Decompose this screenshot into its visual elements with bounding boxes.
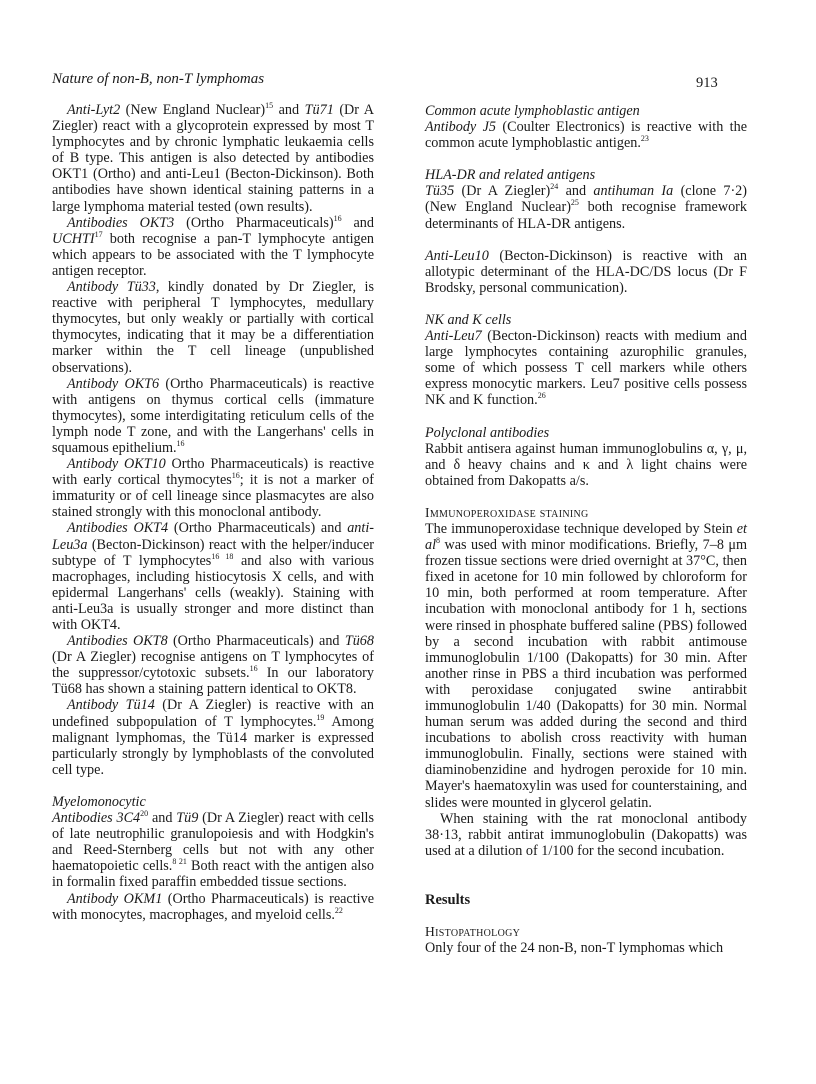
text: (Dr A Ziegler) <box>454 183 550 199</box>
text: (Dr A Ziegler) react with a glycoprotein… <box>52 102 374 215</box>
reference: 22 <box>335 906 343 915</box>
section-heading-polyclonal: Polyclonal antibodies <box>425 425 747 441</box>
text: and <box>148 810 176 826</box>
antibody-name: Antibodies OKT8 <box>67 633 168 649</box>
antibody-name: Antibodies 3C4 <box>52 810 140 826</box>
spacer <box>425 151 747 167</box>
antibody-name: Antibodies OKT4 <box>67 520 168 536</box>
reference: 26 <box>538 391 546 400</box>
running-head: Nature of non-B, non-T lymphomas <box>52 71 264 88</box>
paragraph-leu10: Anti-Leu10 (Becton-Dickinson) is reactiv… <box>425 248 747 296</box>
antibody-name: Tü68 <box>345 633 374 649</box>
antibody-name: Anti-Lyt2 <box>67 102 120 118</box>
paragraph-tu14: Antibody Tü14 (Dr A Ziegler) is reactive… <box>52 697 374 777</box>
section-heading-histopathology: Histopathology <box>425 924 747 940</box>
antibody-name: Antibody OKM1 <box>67 891 162 907</box>
paragraph-tu33: Antibody Tü33, kindly donated by Dr Zieg… <box>52 279 374 376</box>
paragraph-3c4: Antibodies 3C420 and Tü9 (Dr A Ziegler) … <box>52 810 374 890</box>
text: (Ortho Pharmaceuticals) and <box>168 520 347 536</box>
text: and <box>273 102 305 118</box>
antibody-name: Tü71 <box>305 102 334 118</box>
section-heading-immunoperoxidase: Immunoperoxidase staining <box>425 505 747 521</box>
paragraph-leu7: Anti-Leu7 (Becton-Dickinson) reacts with… <box>425 328 747 408</box>
reference: 16 <box>177 439 185 448</box>
right-column: Common acute lymphoblastic antigen Antib… <box>425 103 747 956</box>
paragraph-okt8: Antibodies OKT8 (Ortho Pharmaceuticals) … <box>52 633 374 697</box>
paragraph-okm1: Antibody OKM1 (Ortho Pharmaceuticals) is… <box>52 891 374 923</box>
antibody-name: UCHTI <box>52 231 95 247</box>
paragraph-immunoperoxidase: The immunoperoxidase technique developed… <box>425 521 747 811</box>
text: (Ortho Pharmaceuticals) <box>174 215 333 231</box>
antibody-name: Anti-Leu7 <box>425 328 482 344</box>
spacer <box>425 409 747 425</box>
reference: 16 18 <box>211 552 233 561</box>
paragraph-okt3: Antibodies OKT3 (Ortho Pharmaceuticals)1… <box>52 215 374 279</box>
reference: 20 <box>140 809 148 818</box>
paragraph-j5: Antibody J5 (Coulter Electronics) is rea… <box>425 119 747 151</box>
antibody-name: Antibody OKT10 <box>67 456 166 472</box>
spacer <box>425 232 747 248</box>
antibody-name: Antibody J5 <box>425 119 496 135</box>
section-heading-hla-dr: HLA-DR and related antigens <box>425 167 747 183</box>
left-column: Anti-Lyt2 (New England Nuclear)15 and Tü… <box>52 102 374 923</box>
paragraph-okt4: Antibodies OKT4 (Ortho Pharmaceuticals) … <box>52 520 374 633</box>
text: and <box>342 215 374 231</box>
reference: 25 <box>571 198 579 207</box>
antibody-name: antihuman Ia <box>593 183 673 199</box>
reference: 8 21 <box>172 857 187 866</box>
spacer <box>425 296 747 312</box>
section-heading-nk-k-cells: NK and K cells <box>425 312 747 328</box>
section-heading-myelomonocytic: Myelomonocytic <box>52 794 374 810</box>
text: was used with minor modifications. Brief… <box>425 537 747 811</box>
antibody-name: Tü35 <box>425 183 454 199</box>
reference: 23 <box>641 134 649 143</box>
reference: 16 <box>232 471 240 480</box>
page-number: 913 <box>696 75 718 92</box>
text: (Ortho Pharmaceuticals) and <box>168 633 345 649</box>
paragraph-okt10: Antibody OKT10 Ortho Pharmaceuticals) is… <box>52 456 374 520</box>
paragraph-okt6: Antibody OKT6 (Ortho Pharmaceuticals) is… <box>52 376 374 456</box>
spacer <box>425 489 747 505</box>
spacer <box>52 778 374 794</box>
paragraph-polyclonal: Rabbit antisera against human immunoglob… <box>425 441 747 489</box>
paragraph-rat-antibody: When staining with the rat monoclonal an… <box>425 811 747 859</box>
text: and <box>558 183 593 199</box>
antibody-name: Antibody OKT6 <box>67 376 159 392</box>
reference: 16 <box>334 214 342 223</box>
spacer <box>425 908 747 924</box>
antibody-name: Antibody Tü14 <box>67 697 155 713</box>
antibody-name: Antibodies OKT3 <box>67 215 174 231</box>
paragraph-anti-lyt2: Anti-Lyt2 (New England Nuclear)15 and Tü… <box>52 102 374 215</box>
text: (New England Nuclear) <box>120 102 265 118</box>
text: The immunoperoxidase technique developed… <box>425 521 737 537</box>
reference: 16 <box>250 664 258 673</box>
antibody-name: Tü9 <box>176 810 198 826</box>
section-heading-calla: Common acute lymphoblastic antigen <box>425 103 747 119</box>
antibody-name: Antibody Tü33 <box>67 279 156 295</box>
paragraph-histopathology: Only four of the 24 non-B, non-T lymphom… <box>425 940 747 956</box>
reference: 17 <box>95 230 103 239</box>
paragraph-tu35: Tü35 (Dr A Ziegler)24 and antihuman Ia (… <box>425 183 747 231</box>
section-heading-results: Results <box>425 892 747 908</box>
antibody-name: Anti-Leu10 <box>425 248 489 264</box>
reference: 15 <box>265 101 273 110</box>
